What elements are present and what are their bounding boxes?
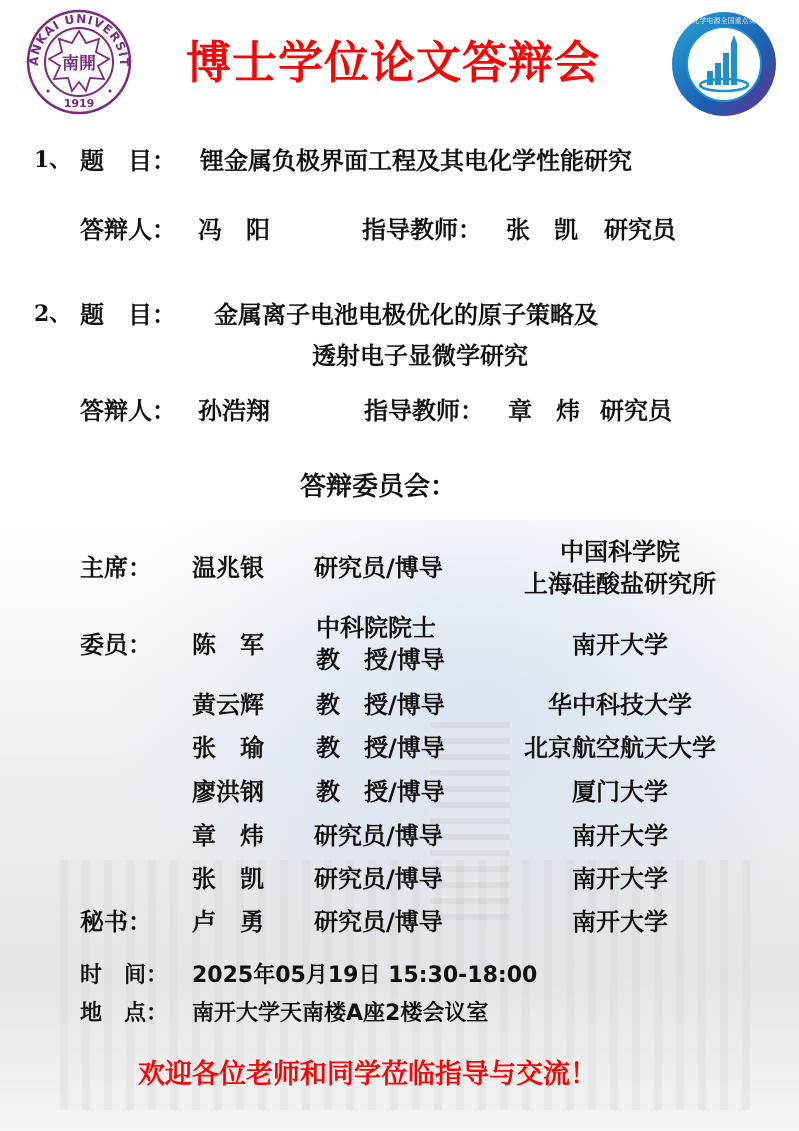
committee-member-name: 廖洪钢 [192,772,264,807]
event-time-value: 2025年05月19日 15:30-18:00 [192,958,537,989]
event-time-label: 时 间： [80,958,168,989]
page-title: 博士学位论文答辩会 [186,26,600,91]
committee-member-title-line-1: 中科院院士 [316,608,436,643]
committee-role-chair: 主席： [80,548,152,583]
committee-member-affiliation-line-2: 上海硅酸盐研究所 [500,564,740,599]
defense-2-advisor-label: 指导教师： [364,391,484,426]
defense-1-advisor-title: 研究员 [604,210,676,245]
defense-1-advisor-label: 指导教师： [362,210,482,245]
defense-2-defender-label: 答辩人： [80,391,176,426]
defense-1-defender: 冯 阳 [198,210,270,245]
nankai-university-seal-icon: NANKAI UNIVERSITY 南開 1919 [26,9,132,115]
committee-member-name: 温兆银 [192,548,264,583]
committee-member-name: 章 炜 [192,816,264,851]
defense-1-topic: 锂金属负极界面工程及其电化学性能研究 [200,141,632,176]
defense-2-number: 2、 [34,297,71,328]
defense-1-advisor: 张 凯 [506,210,578,245]
event-place-label: 地 点： [80,996,168,1027]
committee-member-title: 教 授/博导 [316,685,445,720]
committee-member-title: 教 授/博导 [316,728,445,763]
welcome-message: 欢迎各位老师和同学莅临指导与交流！ [138,1052,597,1091]
committee-heading: 答辩委员会： [300,466,456,503]
committee-member-title: 教 授/博导 [316,772,445,807]
committee-member-title: 研究员/博导 [314,902,443,937]
defense-1-topic-label: 题 目： [80,141,176,176]
defense-2-defender: 孙浩翔 [198,391,270,426]
committee-member-affiliation: 华中科技大学 [500,685,740,720]
committee-role-member: 委员： [80,625,152,660]
committee-member-affiliation: 南开大学 [500,816,740,851]
committee-member-title: 研究员/博导 [314,859,443,894]
committee-member-affiliation: 厦门大学 [500,772,740,807]
defense-2-topic-label: 题 目： [80,295,176,330]
defense-1-number: 1、 [34,143,71,174]
defense-2-advisor-title: 研究员 [600,391,672,426]
defense-2-topic-line-2: 透射电子显微学研究 [312,336,528,371]
svg-text:先进化学电源全国重点实验室: 先进化学电源全国重点实验室 [679,16,770,25]
committee-member-affiliation-line-1: 中国科学院 [500,532,740,567]
committee-member-affiliation: 南开大学 [500,859,740,894]
committee-member-name: 张 凯 [192,859,264,894]
committee-member-name: 陈 军 [192,625,264,660]
committee-role-secretary: 秘书： [80,902,152,937]
committee-member-name: 卢 勇 [192,902,264,937]
committee-member-affiliation: 北京航空航天大学 [500,728,740,763]
defense-2-topic-line-1: 金属离子电池电极优化的原子策略及 [214,295,598,330]
event-place-value: 南开大学天南楼A座2楼会议室 [192,996,488,1027]
committee-member-affiliation: 南开大学 [500,625,740,660]
committee-member-title: 研究员/博导 [314,816,443,851]
defense-1-defender-label: 答辩人： [80,210,176,245]
svg-text:1919: 1919 [64,97,95,110]
committee-member-title-line-2: 教 授/博导 [316,640,445,675]
svg-text:南開: 南開 [62,53,96,74]
committee-member-title: 研究员/博导 [314,548,443,583]
state-key-lab-logo-icon: 先进化学电源全国重点实验室 [669,9,779,119]
committee-member-name: 张 瑜 [192,728,264,763]
committee-member-name: 黄云辉 [192,685,264,720]
committee-member-affiliation: 南开大学 [500,902,740,937]
defense-2-advisor: 章 炜 [508,391,580,426]
